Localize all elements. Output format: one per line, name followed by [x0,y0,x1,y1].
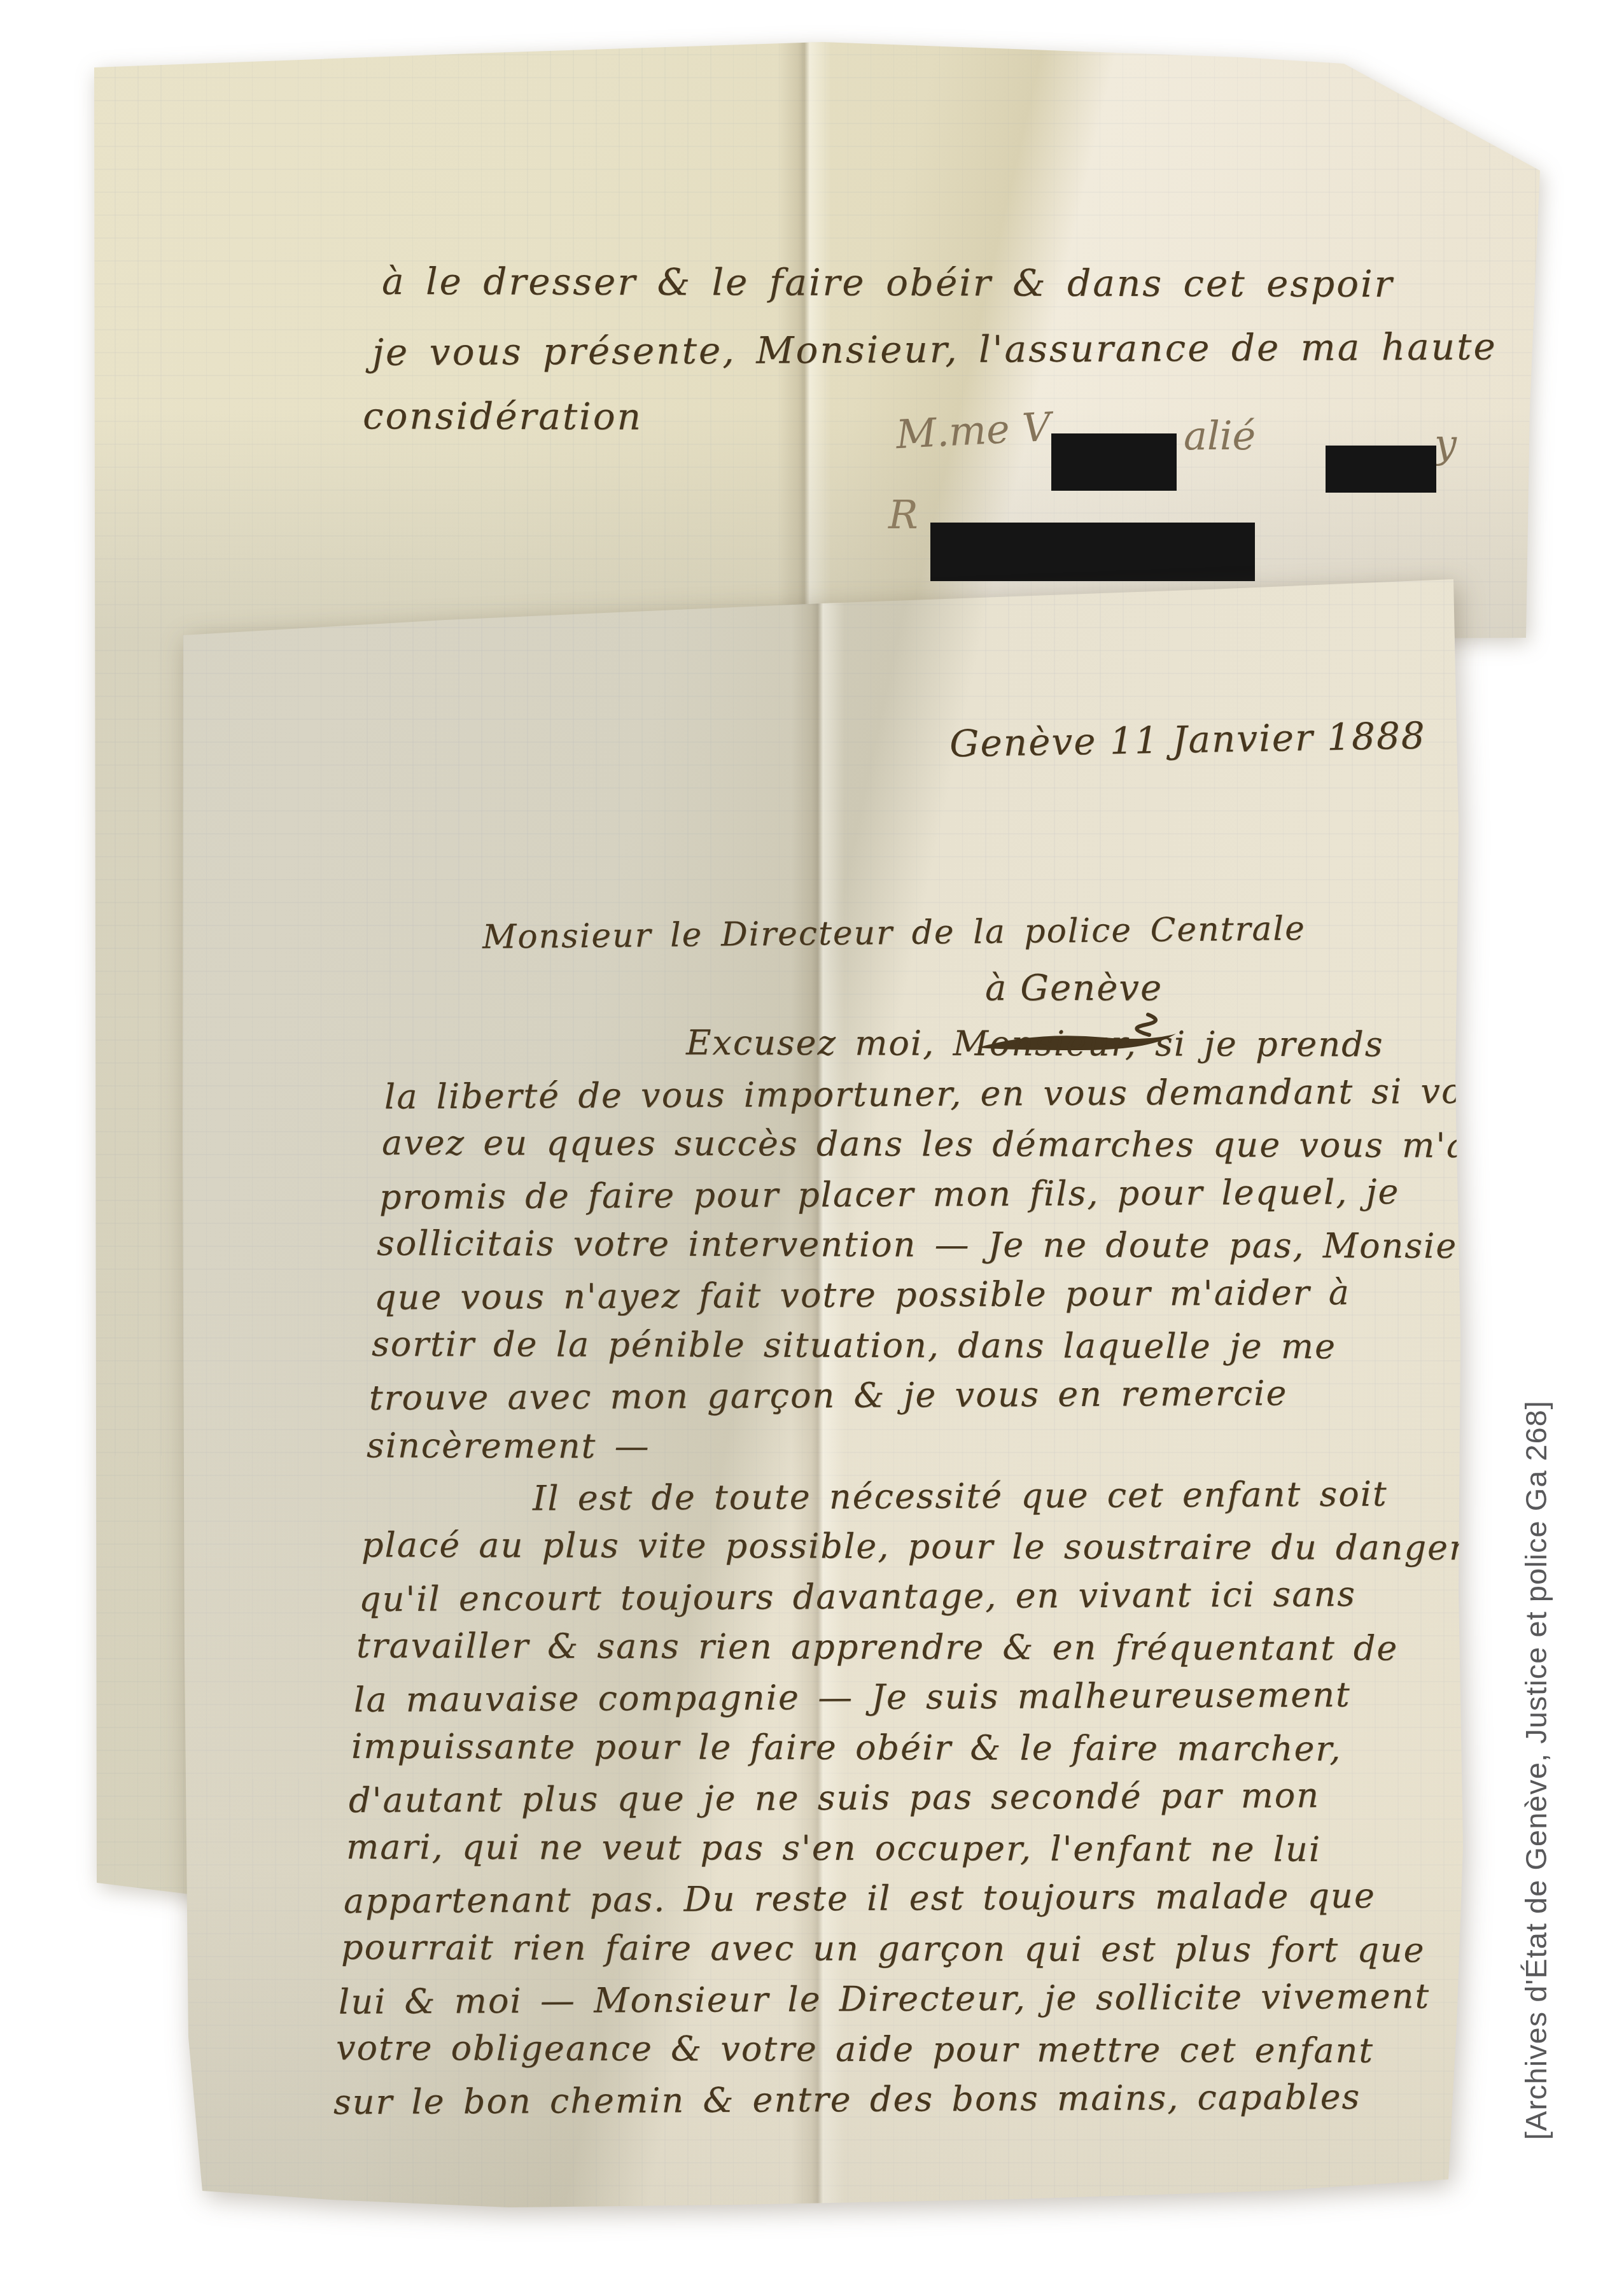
redaction-box [1051,433,1177,491]
handwritten-line: pourrait rien faire avec un garçon qui e… [341,1927,1425,1970]
handwritten-line: promis de faire pour placer mon fils, po… [379,1172,1400,1217]
handwritten-line: considération [363,394,643,438]
page1-shading [0,0,1624,2278]
handwritten-line: travailler & sans rien apprendre & en fr… [356,1626,1399,1668]
signature-fragment: y [1434,420,1457,467]
page2-shadow: Genève 11 Janvier 1888 Monsieur le Direc… [0,0,1624,2278]
page1-fold-crease [778,42,831,644]
page1-shadow: à le dresser & le faire obéir & dans cet… [0,0,1624,2278]
handwritten-line: d'autant plus que je ne suis pas secondé… [349,1775,1320,1820]
page2-shading [0,0,1624,2278]
handwritten-line: sollicitais votre intervention — Je ne d… [377,1223,1507,1267]
salutation-line: Monsieur le Directeur de la police Centr… [482,910,1306,957]
signature-fragment: R [888,491,918,538]
handwritten-line: je vous présente, Monsieur, l'assurance … [372,325,1497,374]
handwritten-line: appartenant pas. Du reste il est toujour… [344,1876,1376,1921]
signature-fragment: M.me V [895,404,1052,458]
handwritten-line: placé au plus vite possible, pour le sou… [361,1525,1467,1568]
handwritten-line: sortir de la pénible situation, dans laq… [372,1324,1336,1367]
handwritten-line: qu'il encourt toujours davantage, en viv… [359,1574,1356,1619]
handwritten-line: votre obligeance & votre aide pour mettr… [336,2028,1374,2071]
squared-paper-grid [0,0,1624,2278]
archive-reference-caption: [Archives d'État de Genève, Justice et p… [1509,1374,1563,2140]
handwritten-line: Excusez moi, Monsieur, si je prends [686,1023,1384,1065]
handwritten-line: lui & moi — Monsieur le Directeur, je so… [339,1976,1430,2022]
archival-letter-scan: à le dresser & le faire obéir & dans cet… [0,0,1624,2278]
handwritten-line: mari, qui ne veut pas s'en occuper, l'en… [346,1827,1321,1869]
date-line: Genève 11 Janvier 1888 [949,714,1426,765]
signature-fragment: alié [1184,412,1256,459]
underline-flourish [962,1011,1191,1055]
letter-page-2: Genève 11 Janvier 1888 Monsieur le Direc… [0,0,1624,2278]
redaction-box [930,523,1255,581]
handwritten-line: à le dresser & le faire obéir & dans cet… [382,260,1394,306]
salutation-place: à Genève [985,967,1163,1009]
handwritten-line: avez eu qques succès dans les démarches … [382,1123,1530,1166]
handwritten-line: la liberté de vous importuner, en vous d… [384,1071,1506,1116]
page2-fold-crease [791,589,844,2206]
handwritten-line: Il est de toute nécessité que cet enfant… [533,1473,1388,1518]
handwritten-line: trouve avec mon garçon & je vous en reme… [369,1373,1288,1418]
redaction-box [1326,446,1436,493]
handwritten-line: sur le bon chemin & entre des bons mains… [333,2077,1361,2122]
handwritten-line: sincèrement — [367,1425,650,1466]
handwritten-line: la mauvaise compagnie — Je suis malheure… [354,1675,1351,1720]
letter-page-1: à le dresser & le faire obéir & dans cet… [0,0,1624,2278]
handwritten-line: impuissante pour le faire obéir & le fai… [351,1726,1342,1769]
squared-paper-grid [0,0,1624,2278]
handwritten-line: que vous n'ayez fait votre possible pour… [374,1272,1350,1318]
